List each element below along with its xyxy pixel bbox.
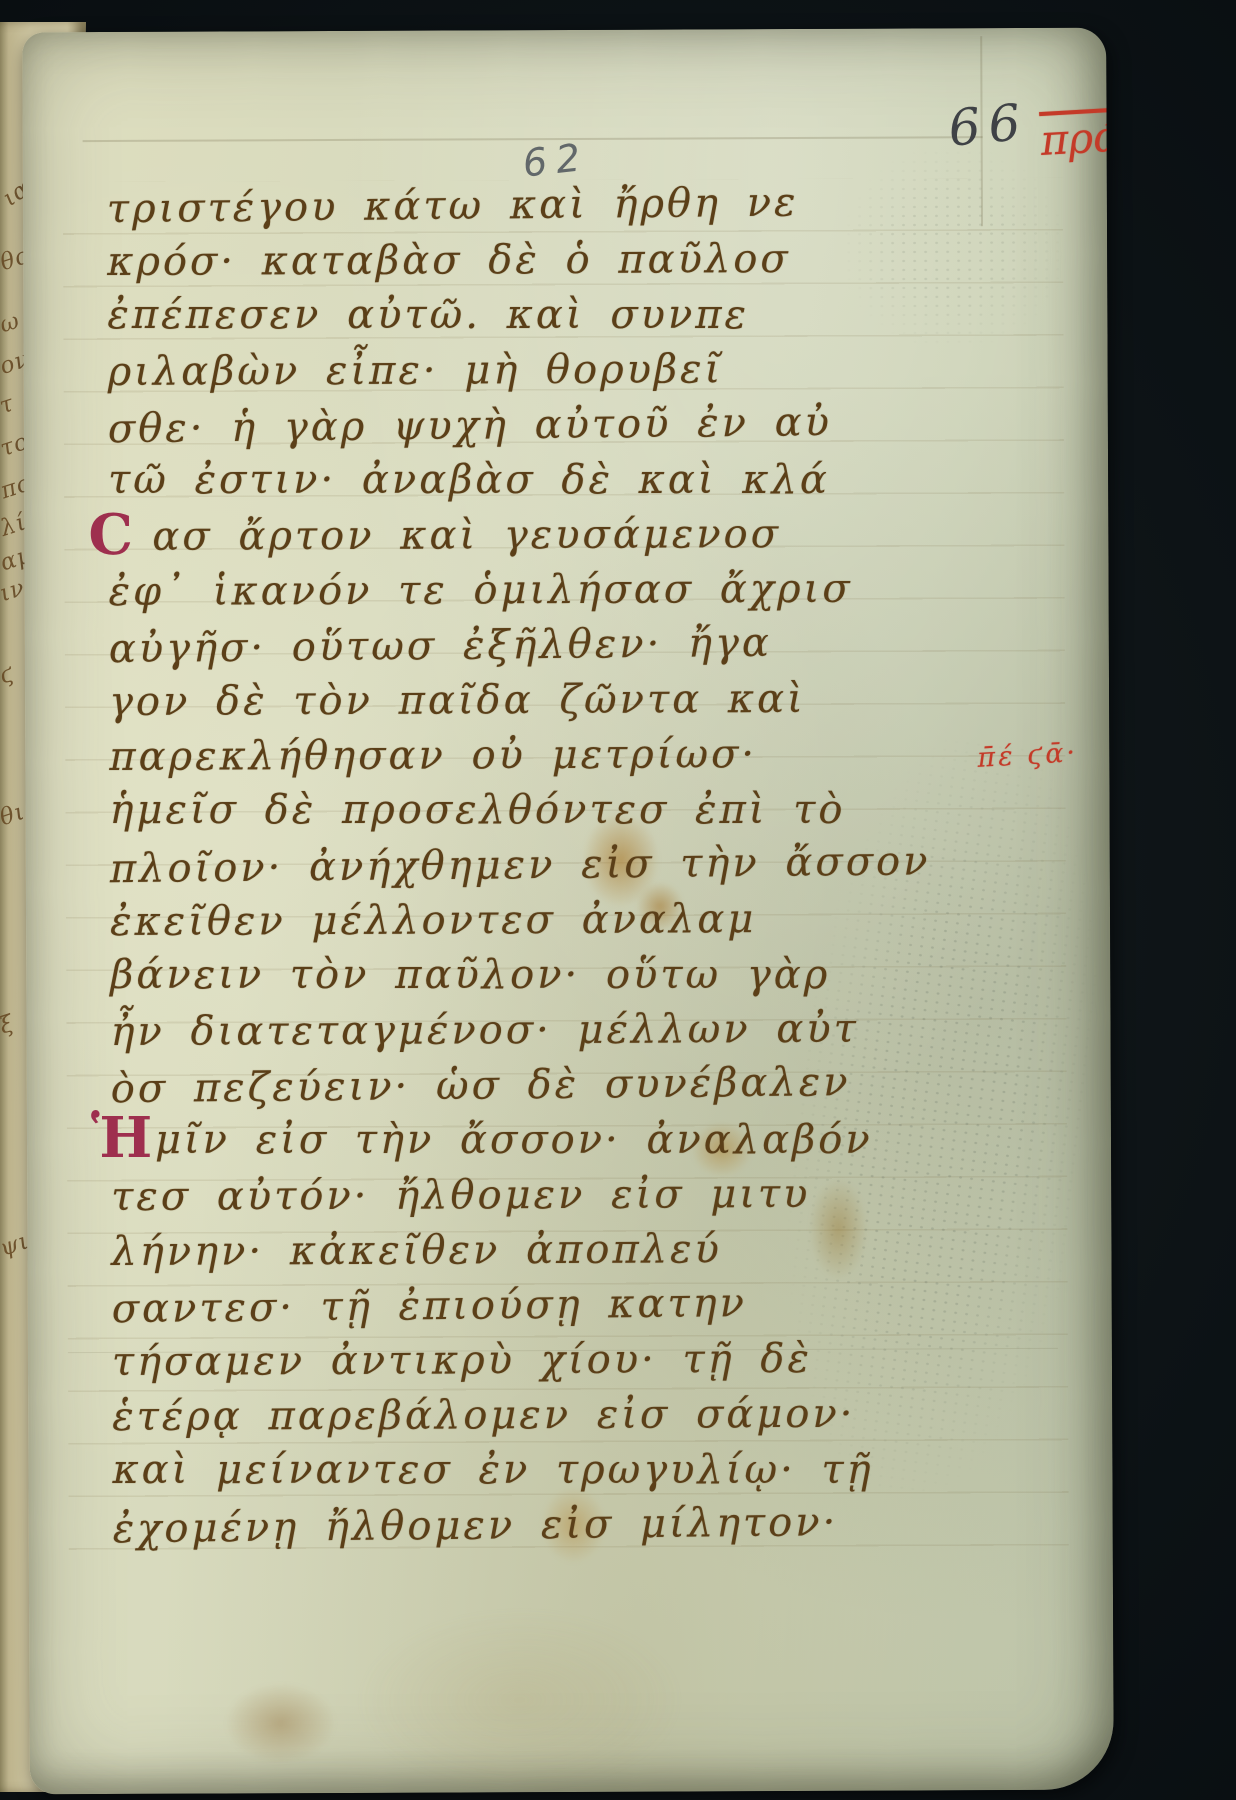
ekthesis-initial: Ἡ <box>91 1111 152 1166</box>
text-line: λήνην· κἀκεῖθεν ἀποπλεύ <box>111 1221 951 1280</box>
text-line: τῶ ἐστιν· ἀναβὰσ δὲ καὶ κλά <box>108 453 948 508</box>
ekthesis-initial: Ϲ <box>88 508 133 563</box>
edge-text-fragment: ϛ <box>0 660 18 689</box>
text-line: καὶ μείναντεσ ἐν τρωγυλίῳ· τῇ <box>112 1443 952 1498</box>
red-margin-note: π̄έ ϛᾱ· <box>977 737 1079 774</box>
text-line: ἐκεῖθεν μέλλοντεσ ἀναλαμ <box>110 891 950 950</box>
ink-folio-number: 66 <box>946 93 1031 158</box>
text-line: Ϲ ασ ἄρτον καὶ γευσάμενοσ <box>108 506 948 565</box>
text-line: ἐπέπεσεν αὐτῶ. καὶ συνπε <box>107 288 947 343</box>
parchment-page: 62 66 πρά π̄έ ϛᾱ· τριστέγου κάτω καὶ ἤρθ… <box>22 28 1114 1795</box>
text-line: τήσαμεν ἀντικρὺ χίου· τῇ δὲ <box>112 1331 952 1390</box>
text-line: κρόσ· καταβὰσ δὲ ὁ παῦλοσ <box>107 231 947 290</box>
text-line: ἑτέρᾳ παρεβάλομεν εἰσ σάμον· <box>112 1386 952 1445</box>
manuscript-photo: ιαιτρ θον ω ον τ τον ποισ λίμε αμε ιν ϛ … <box>0 0 1236 1800</box>
text-line: πλοῖον· ἀνήχθημεν εἰσ τὴν ἄσσον <box>110 834 950 897</box>
text-line: τριστέγου κάτω καὶ ἤρθη νε <box>107 174 947 237</box>
edge-text-fragment: θι <box>0 799 28 831</box>
text-line: ὸσ πεζεύειν· ὡσ δὲ συνέβαλεν <box>111 1054 951 1117</box>
red-rubric-title: πρά <box>1039 112 1114 165</box>
text-line: ριλαβὼν εἶπε· μὴ θορυβεῖ <box>108 341 948 400</box>
text-line: ἐχομένῃ ἤλθομεν εἰσ μίλητον· <box>112 1494 952 1557</box>
text-line: ἡμεῖσ δὲ προσελθόντεσ ἐπὶ τὸ <box>110 783 950 838</box>
text-line: αὐγῆσ· οὕτωσ ἐξῆλθεν· ἤγα <box>109 614 949 677</box>
text-line: σαντεσ· τῇ ἐπιούσῃ κατην <box>111 1274 951 1337</box>
text-line: βάνειν τὸν παῦλον· οὕτω γὰρ <box>110 948 950 1003</box>
edge-text-fragment: ω <box>0 308 23 339</box>
text-line: ἦν διατεταγμένοσ· μέλλων αὐτ <box>110 1001 950 1060</box>
stain <box>225 1683 335 1763</box>
stain <box>359 1610 680 1791</box>
edge-text-fragment: ξ <box>0 1011 17 1040</box>
text-block: τριστέγου κάτω καὶ ἤρθη νε κρόσ· καταβὰσ… <box>107 176 953 1555</box>
text-line: σθε· ἡ γὰρ ψυχὴ αὐτοῦ ἐν αὐ <box>108 394 948 457</box>
text-line: παρεκλήθησαν οὐ μετρίωσ· <box>109 726 949 785</box>
text-line: γον δὲ τὸν παῖδα ζῶντα καὶ <box>109 671 949 730</box>
text-line: Ἡ μῖν εἰσ τὴν ἄσσον· ἀναλαβόν <box>111 1113 951 1168</box>
text-line: τεσ αὐτόν· ἤλθομεν εἰσ μιτυ <box>111 1166 951 1225</box>
text-line: ἐφ᾽ ἱκανόν τε ὁμιλήσασ ἄχρισ <box>108 561 948 620</box>
edge-text-fragment: τ <box>0 391 17 420</box>
